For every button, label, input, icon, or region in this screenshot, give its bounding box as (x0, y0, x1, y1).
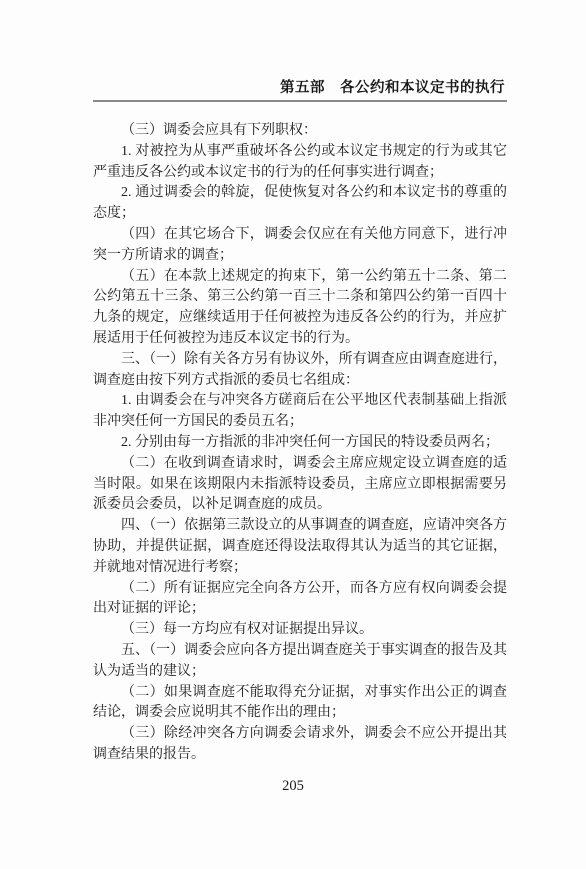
running-header: 第五部 各公约和本议定书的执行 (93, 76, 505, 97)
paragraph: （二）所有证据应完全向各方公开，而各方应有权向调委会提出对证据的评论； (93, 579, 507, 621)
document-body: （三）调委会应具有下列职权： 1. 对被控为从事严重破坏各公约或本议定书规定的行… (93, 121, 507, 766)
paragraph: （三）调委会应具有下列职权： (93, 121, 507, 142)
paragraph: 2. 分别由每一方指派的非冲突任何一方国民的特设委员两名； (93, 433, 507, 454)
paragraph: （二）在收到调查请求时，调委会主席应规定设立调查庭的适当时限。如果在该期限内未指… (93, 454, 507, 516)
paragraph: （三）除经冲突各方向调委会请求外，调委会不应公开提出其调查结果的报告。 (93, 724, 507, 766)
document-page: 第五部 各公约和本议定书的执行 （三）调委会应具有下列职权： 1. 对被控为从事… (0, 0, 586, 869)
page-number: 205 (0, 778, 586, 795)
paragraph: （五）在本款上述规定的拘束下，第一公约第五十二条、第二公约第五十三条、第三公约第… (93, 267, 507, 350)
paragraph: 五、（一）调委会应向各方提出调查庭关于事实调查的报告及其认为适当的建议； (93, 641, 507, 683)
paragraph: 四、（一）依据第三款设立的从事调查的调查庭，应请冲突各方协助，并提供证据，调查庭… (93, 516, 507, 578)
header-rule (93, 100, 507, 102)
paragraph: 三、（一）除有关各方另有协议外，所有调查应由调查庭进行，调查庭由按下列方式指派的… (93, 350, 507, 392)
paragraph: （四）在其它场合下，调委会仅应在有关他方同意下，进行冲突一方所请求的调查； (93, 225, 507, 267)
paragraph: 2. 通过调委会的斡旋，促使恢复对各公约和本议定书的尊重的态度； (93, 183, 507, 225)
paragraph: （二）如果调查庭不能取得充分证据，对事实作出公正的调查结论，调委会应说明其不能作… (93, 683, 507, 725)
paragraph: 1. 对被控为从事严重破坏各公约或本议定书规定的行为或其它严重违反各公约或本议定… (93, 142, 507, 184)
paragraph: 1. 由调委会在与冲突各方磋商后在公平地区代表制基础上指派非冲突任何一方国民的委… (93, 391, 507, 433)
paragraph: （三）每一方均应有权对证据提出异议。 (93, 620, 507, 641)
